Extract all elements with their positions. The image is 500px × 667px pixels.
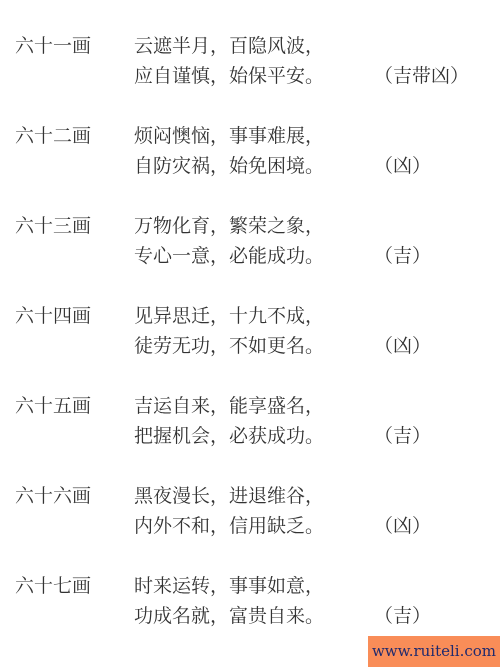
stroke-count-label: 六十四画: [15, 303, 91, 329]
fortune-verdict: （凶）: [374, 333, 431, 359]
verse-line-2: 内外不和，信用缺乏。: [134, 513, 324, 539]
stroke-count-label: 六十六画: [15, 483, 91, 509]
entry-66: 六十六画 黑夜漫长，进退维谷， 内外不和，信用缺乏。 （凶）: [0, 483, 500, 573]
fortune-verdict: （凶）: [374, 153, 431, 179]
verse-line-1: 时来运转，事事如意，: [134, 573, 324, 599]
stroke-count-label: 六十二画: [15, 123, 91, 149]
fortune-verdict: （吉）: [374, 423, 431, 449]
verse-line-2: 把握机会，必获成功。: [134, 423, 324, 449]
stroke-count-label: 六十七画: [15, 573, 91, 599]
stroke-count-label: 六十三画: [15, 213, 91, 239]
entry-62: 六十二画 烦闷懊恼，事事难展， 自防灾祸，始免困境。 （凶）: [0, 123, 500, 213]
stroke-count-label: 六十一画: [15, 33, 91, 59]
verse-line-1: 黑夜漫长，进退维谷，: [134, 483, 324, 509]
site-watermark: www.ruiteli.com: [368, 636, 500, 667]
verse-line-1: 见异思迁，十九不成，: [134, 303, 324, 329]
verse-line-1: 烦闷懊恼，事事难展，: [134, 123, 324, 149]
fortune-verdict: （凶）: [374, 513, 431, 539]
verse-line-2: 自防灾祸，始免困境。: [134, 153, 324, 179]
entry-61: 六十一画 云遮半月，百隐风波， 应自谨慎，始保平安。 （吉带凶）: [0, 33, 500, 123]
entry-64: 六十四画 见异思迁，十九不成， 徒劳无功，不如更名。 （凶）: [0, 303, 500, 393]
verse-line-2: 专心一意，必能成功。: [134, 243, 324, 269]
verse-line-2: 徒劳无功，不如更名。: [134, 333, 324, 359]
verse-line-1: 万物化育，繁荣之象，: [134, 213, 324, 239]
entry-65: 六十五画 吉运自来，能享盛名， 把握机会，必获成功。 （吉）: [0, 393, 500, 483]
verse-line-1: 吉运自来，能享盛名，: [134, 393, 324, 419]
verse-line-2: 应自谨慎，始保平安。: [134, 63, 324, 89]
stroke-count-label: 六十五画: [15, 393, 91, 419]
fortune-verdict: （吉）: [374, 243, 431, 269]
fortune-verdict: （吉）: [374, 603, 431, 629]
verse-line-1: 云遮半月，百隐风波，: [134, 33, 324, 59]
entry-63: 六十三画 万物化育，繁荣之象， 专心一意，必能成功。 （吉）: [0, 213, 500, 303]
fortune-verdict: （吉带凶）: [374, 63, 469, 89]
verse-line-2: 功成名就，富贵自来。: [134, 603, 324, 629]
